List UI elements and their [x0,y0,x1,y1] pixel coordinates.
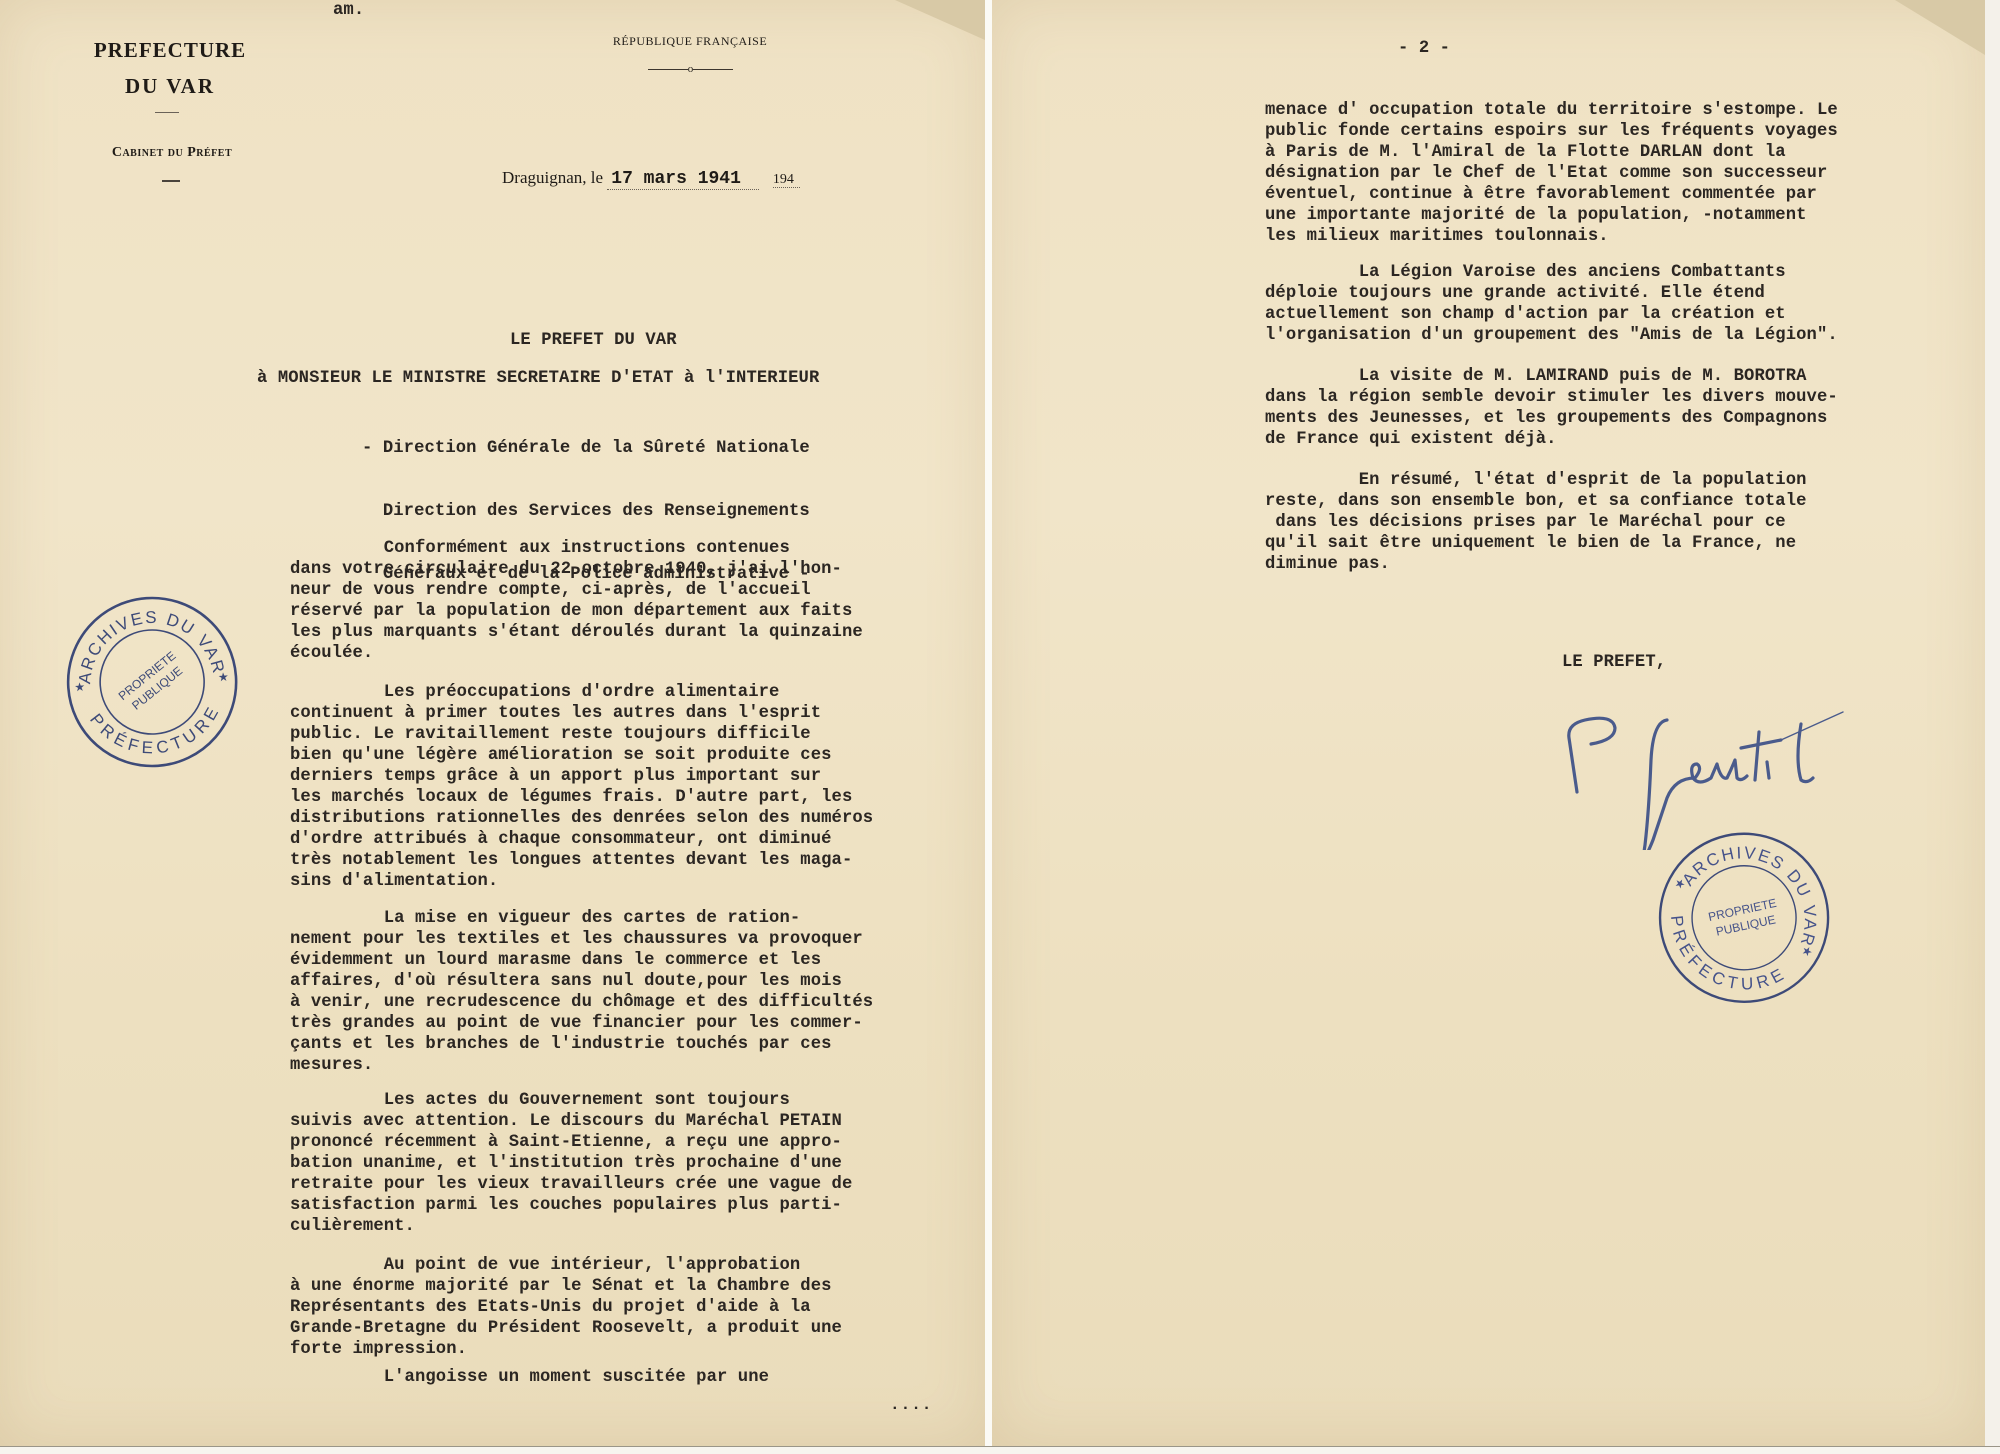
text-line: reste, dans son ensemble bon, et sa conf… [1265,491,1955,512]
text-line: très grandes au point de vue financier p… [290,1013,990,1034]
paragraph-continued: L'angoisse un moment suscitée par une [290,1367,990,1388]
text-line: actuellement son champ d'action par la c… [1265,304,1955,325]
text-line: Grande-Bretagne du Président Roosevelt, … [290,1318,990,1339]
text-line: désignation par le Chef de l'Etat comme … [1265,163,1955,184]
text-line: nement pour les textiles et les chaussur… [290,929,990,950]
text-line: La visite de M. LAMIRAND puis de M. BORO… [1265,366,1955,387]
letterhead-department: Cabinet du Préfet [72,145,272,161]
text-line: sins d'alimentation. [290,871,990,892]
text-line: déploie toujours une grande activité. El… [1265,283,1955,304]
text-line: à venir, une recrudescence du chômage et… [290,992,990,1013]
text-line: L'angoisse un moment suscitée par une [290,1367,990,1388]
text-line: mesures. [290,1055,990,1076]
paragraph-international: Au point de vue intérieur, l'approbation… [290,1255,990,1360]
margin-note: am. [333,0,364,21]
text-line: écoulée. [290,643,990,664]
text-line: distributions rationnelles des denrées s… [290,808,990,829]
paragraph-legion: La Légion Varoise des anciens Combattant… [1265,262,1955,346]
paragraph-instructions: Conformément aux instructions contenues … [290,538,990,664]
republic-header: RÉPUBLIQUE FRANÇAISE [545,34,835,49]
place-prefix: Draguignan, le [502,168,603,187]
paragraph-occupation-darlan: menace d' occupation totale du territoir… [1265,100,1955,247]
republic-ornament-rule: o [603,63,778,75]
page-number: - 2 - [1398,38,1450,59]
text-line: bation unanime, et l'institution très pr… [290,1153,990,1174]
text-line: menace d' occupation totale du territoir… [1265,100,1955,121]
text-line: évidemment un lourd marasme dans le comm… [290,950,990,971]
text-line: Les préoccupations d'ordre alimentaire [290,682,990,703]
text-line: suivis avec attention. Le discours du Ma… [290,1111,990,1132]
archives-stamp-icon: ARCHIVES DU VAR PRÉFECTURE ★ ★ PROPRIETE… [56,584,248,776]
ornament-glyph: o [688,63,694,75]
text-line: Conformément aux instructions contenues [290,538,990,559]
paragraph-food-supply: Les préoccupations d'ordre alimentaire c… [290,682,990,892]
text-line: à Paris de M. l'Amiral de la Flotte DARL… [1265,142,1955,163]
paragraph-summary: En résumé, l'état d'esprit de la populat… [1265,470,1955,575]
text-line: les plus marquants s'étant déroulés dura… [290,622,990,643]
text-line: neur de vous rendre compte, ci-après, de… [290,580,990,601]
text-line: l'organisation d'un groupement des "Amis… [1265,325,1955,346]
closing-title: LE PREFET, [1562,652,1666,673]
letterhead-divider [162,180,180,182]
text-line: à une énorme majorité par le Sénat et la… [290,1276,990,1297]
text-line: diminue pas. [1265,554,1955,575]
svg-text:★: ★ [217,670,229,685]
text-line: Les actes du Gouvernement sont toujours [290,1090,990,1111]
text-line: les marchés locaux de légumes frais. D'a… [290,787,990,808]
place-date-line: Draguignan, le 17 mars 1941194 [502,168,800,189]
svg-text:★: ★ [74,680,86,695]
text-line: éventuel, continue à être favorablement … [1265,184,1955,205]
paragraph-rationing: La mise en vigueur des cartes de ration-… [290,908,990,1076]
text-line: public. Le ravitaillement reste toujours… [290,724,990,745]
text-line: En résumé, l'état d'esprit de la populat… [1265,470,1955,491]
paragraph-youth-visits: La visite de M. LAMIRAND puis de M. BORO… [1265,366,1955,450]
letterhead-office-line1: PREFECTURE [85,38,255,63]
folded-corner [1895,0,1985,55]
direction-line: Direction des Services des Renseignement… [362,501,810,522]
text-line: culièrement. [290,1216,990,1237]
text-line: derniers temps grâce à un apport plus im… [290,766,990,787]
text-line: dans les décisions prises par le Marécha… [1265,512,1955,533]
letterhead-divider [155,112,179,113]
sender-heading: LE PREFET DU VAR [510,330,677,351]
text-line: affaires, d'où résultera sans nul doute,… [290,971,990,992]
text-line: satisfaction parmi les couches populaire… [290,1195,990,1216]
letterhead-office-line2: DU VAR [85,74,255,99]
text-line: retraite pour les vieux travailleurs cré… [290,1174,990,1195]
text-line: très notablement les longues attentes de… [290,850,990,871]
text-line: dans votre circulaire du 22 octobre 1940… [290,559,990,580]
text-line: La mise en vigueur des cartes de ration- [290,908,990,929]
text-line: forte impression. [290,1339,990,1360]
page-bottom-edge [0,1446,2000,1454]
text-line: Représentants des Etats-Unis du projet d… [290,1297,990,1318]
addressee-line: à MONSIEUR LE MINISTRE SECRETAIRE D'ETAT… [257,368,819,389]
text-line: réservé par la population de mon départe… [290,601,990,622]
direction-line: - Direction Générale de la Sûreté Nation… [362,438,810,459]
continuation-mark: .... [890,1395,932,1416]
text-line: qu'il sait être uniquement le bien de la… [1265,533,1955,554]
printed-year-stub: 194 [773,172,800,188]
text-line: dans la région semble devoir stimuler le… [1265,387,1955,408]
text-line: prononcé récemment à Saint-Etienne, a re… [290,1132,990,1153]
text-line: ments des Jeunesses, et les groupements … [1265,408,1955,429]
folded-corner [895,0,985,40]
text-line: une importante majorité de la population… [1265,205,1955,226]
letter-date: 17 mars 1941 [607,169,759,190]
text-line: de France qui existent déjà. [1265,429,1955,450]
text-line: les milieux maritimes toulonnais. [1265,226,1955,247]
text-line: bien qu'une légère amélioration se soit … [290,745,990,766]
text-line: La Légion Varoise des anciens Combattant… [1265,262,1955,283]
text-line: Au point de vue intérieur, l'approbation [290,1255,990,1276]
text-line: continuent à primer toutes les autres da… [290,703,990,724]
text-line: çants et les branches de l'industrie tou… [290,1034,990,1055]
text-line: d'ordre attribués à chaque consommateur,… [290,829,990,850]
paragraph-government: Les actes du Gouvernement sont toujours … [290,1090,990,1237]
text-line: public fonde certains espoirs sur les fr… [1265,121,1955,142]
